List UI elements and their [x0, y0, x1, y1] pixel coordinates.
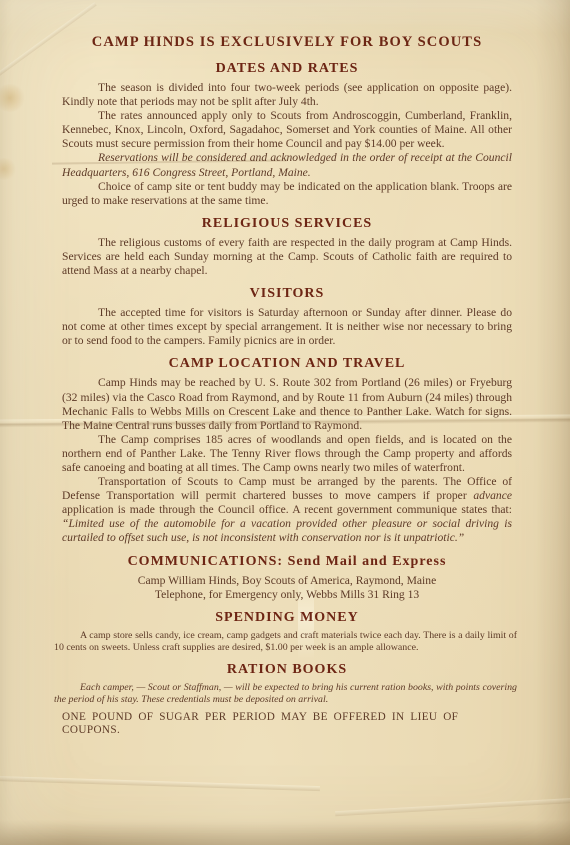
section-religious-services: RELIGIOUS SERVICES The religious customs… [62, 216, 512, 278]
section-communications: COMMUNICATIONS: Send Mail and Express Ca… [62, 554, 512, 602]
paragraph-camp-grounds: The Camp comprises 185 acres of woodland… [62, 433, 512, 475]
text-run-italic: advance [473, 489, 512, 502]
section-dates-and-rates: DATES AND RATES The season is divided in… [62, 61, 512, 208]
page-title: CAMP HINDS IS EXCLUSIVELY FOR BOY SCOUTS [62, 34, 512, 51]
section-ration-books: RATION BOOKS Each camper, — Scout or Sta… [62, 662, 512, 736]
section-heading-visitors: VISITORS [62, 286, 512, 302]
section-heading-communications: COMMUNICATIONS: Send Mail and Express [62, 554, 512, 570]
paragraph-transportation: Transportation of Scouts to Camp must be… [62, 475, 512, 545]
paragraph-season-periods: The season is divided into four two-week… [62, 81, 512, 109]
paragraph-camp-store: A camp store sells candy, ice cream, cam… [54, 630, 517, 654]
paragraph-camp-site-choice: Choice of camp site or tent buddy may be… [62, 180, 512, 208]
section-camp-location-and-travel: CAMP LOCATION AND TRAVEL Camp Hinds may … [62, 356, 512, 545]
paragraph-religious-customs: The religious customs of every faith are… [62, 236, 512, 278]
text-run-italic: “Limited use of the automobile for a vac… [62, 517, 512, 544]
text-run: Transportation of Scouts to Camp must be… [62, 475, 512, 502]
section-heading-religious-services: RELIGIOUS SERVICES [62, 216, 512, 232]
telephone-line: Telephone, for Emergency only, Webbs Mil… [62, 588, 512, 602]
section-heading-camp-location: CAMP LOCATION AND TRAVEL [62, 356, 512, 372]
paper-crease [335, 797, 570, 817]
mailing-address-line: Camp William Hinds, Boy Scouts of Americ… [62, 574, 512, 588]
document-page: CAMP HINDS IS EXCLUSIVELY FOR BOY SCOUTS… [0, 0, 570, 845]
section-heading-spending-money: SPENDING MONEY [62, 610, 512, 626]
document-content: CAMP HINDS IS EXCLUSIVELY FOR BOY SCOUTS… [0, 0, 570, 737]
section-spending-money: SPENDING MONEY A camp store sells candy,… [62, 610, 512, 654]
paragraph-routes: Camp Hinds may be reached by U. S. Route… [62, 376, 512, 432]
sugar-coupons-note: ONE POUND OF SUGAR PER PERIOD MAY BE OFF… [62, 711, 512, 737]
paragraph-rates-counties: The rates announced apply only to Scouts… [62, 109, 512, 151]
paragraph-visiting-times: The accepted time for visitors is Saturd… [62, 306, 512, 348]
paper-crease [0, 776, 320, 791]
section-heading-dates-and-rates: DATES AND RATES [62, 61, 512, 77]
text-run: application is made through the Council … [62, 503, 512, 516]
section-visitors: VISITORS The accepted time for visitors … [62, 286, 512, 348]
section-heading-ration-books: RATION BOOKS [62, 662, 512, 678]
paragraph-ration-books: Each camper, — Scout or Staffman, — will… [54, 682, 517, 706]
paragraph-reservations: Reservations will be considered and ackn… [62, 151, 512, 179]
